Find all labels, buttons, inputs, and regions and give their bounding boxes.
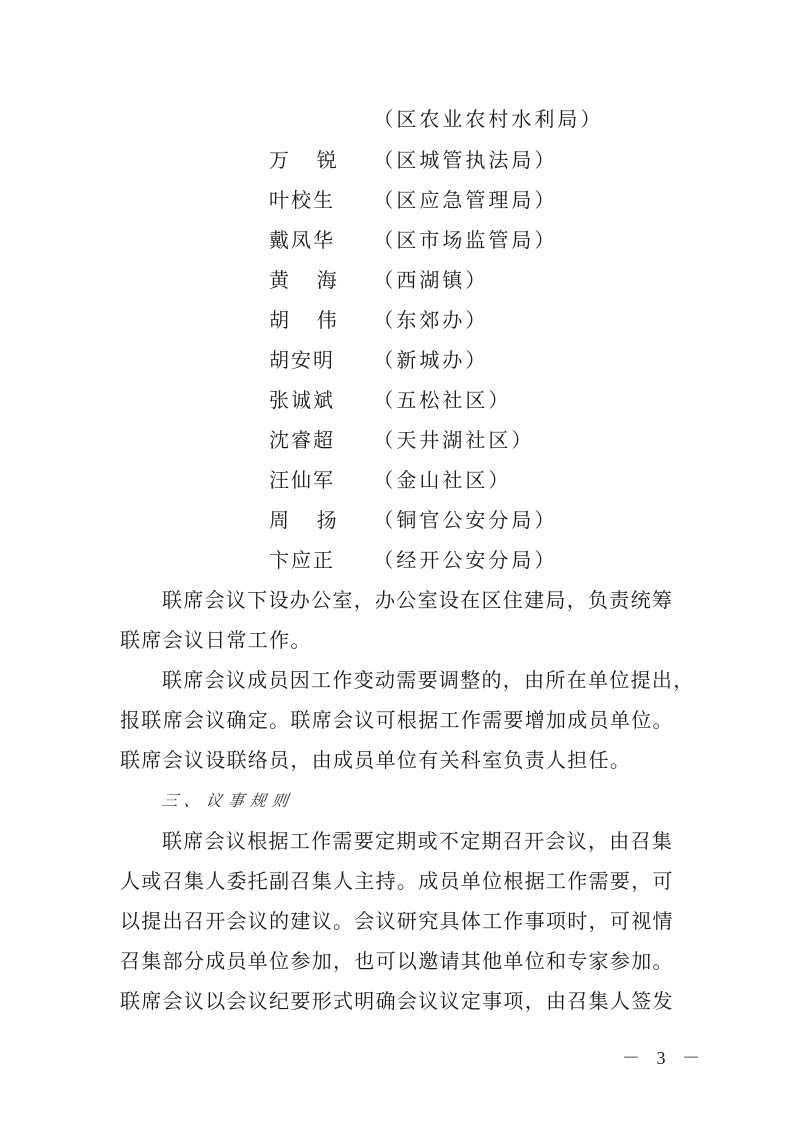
member-unit: （经开公安分局） [373, 546, 557, 574]
member-row: 沈睿超 （天井湖社区） [269, 426, 534, 454]
member-row: 胡 伟 （东郊办） [269, 306, 488, 334]
member-row: 周 扬 （铜官公安分局） [269, 506, 557, 534]
member-row: 万 锐 （区城管执法局） [269, 146, 557, 174]
member-unit: （新城办） [373, 346, 488, 374]
paragraph-rules-line: 人或召集人委托副召集人主持。成员单位根据工作需要，可 [120, 867, 700, 895]
member-name: 汪仙军 [269, 466, 367, 494]
member-name: 沈睿超 [269, 426, 367, 454]
member-unit: （区市场监管局） [373, 226, 557, 254]
member-row: 汪仙军 （金山社区） [269, 466, 511, 494]
member-unit: （东郊办） [373, 306, 488, 334]
paragraph-adjustment-line: 联席会议设联络员，由成员单位有关科室负责人担任。 [120, 746, 700, 774]
member-row: 张诚斌 （五松社区） [269, 386, 511, 414]
paragraph-office-line: 联席会议下设办公室，办公室设在区住建局，负责统筹 [162, 586, 742, 614]
paragraph-rules-line: 联席会议根据工作需要定期或不定期召开会议，由召集 [162, 827, 742, 855]
paragraph-rules-line: 联席会议以会议纪要形式明确会议议定事项，由召集人签发 [120, 987, 700, 1015]
member-name: 戴凤华 [269, 226, 367, 254]
member-row: 胡安明 （新城办） [269, 346, 488, 374]
member-name: 叶校生 [269, 186, 367, 214]
member-unit: （区农业农村水利局） [373, 105, 603, 133]
member-unit: （天井湖社区） [373, 426, 534, 454]
member-unit: （区城管执法局） [373, 146, 557, 174]
member-name: 周 扬 [269, 506, 367, 534]
member-row: 黄 海 （西湖镇） [269, 266, 488, 294]
paragraph-rules-line: 以提出召开会议的建议。会议研究具体工作事项时，可视情 [120, 907, 700, 935]
member-unit: （区应急管理局） [373, 186, 557, 214]
member-row: 戴凤华 （区市场监管局） [269, 226, 557, 254]
member-unit: （铜官公安分局） [373, 506, 557, 534]
member-name: 黄 海 [269, 266, 367, 294]
member-name: 万 锐 [269, 146, 367, 174]
page-number: － 3 － [622, 1044, 706, 1070]
paragraph-adjustment-line: 联席会议成员因工作变动需要调整的，由所在单位提出， [162, 666, 742, 694]
section-heading-rules: 三、议事规则 [160, 788, 296, 814]
paragraph-office-line: 联席会议日常工作。 [120, 626, 700, 654]
member-name: 胡 伟 [269, 306, 367, 334]
member-unit: （西湖镇） [373, 266, 488, 294]
member-row: 卞应正 （经开公安分局） [269, 546, 557, 574]
member-name: 卞应正 [269, 546, 367, 574]
member-row-unit-only: （区农业农村水利局） [269, 105, 603, 133]
member-name: 胡安明 [269, 346, 367, 374]
paragraph-adjustment-line: 报联席会议确定。联席会议可根据工作需要增加成员单位。 [120, 706, 700, 734]
member-unit: （五松社区） [373, 386, 511, 414]
paragraph-rules-line: 召集部分成员单位参加，也可以邀请其他单位和专家参加。 [120, 947, 700, 975]
member-name: 张诚斌 [269, 386, 367, 414]
member-unit: （金山社区） [373, 466, 511, 494]
member-row: 叶校生 （区应急管理局） [269, 186, 557, 214]
